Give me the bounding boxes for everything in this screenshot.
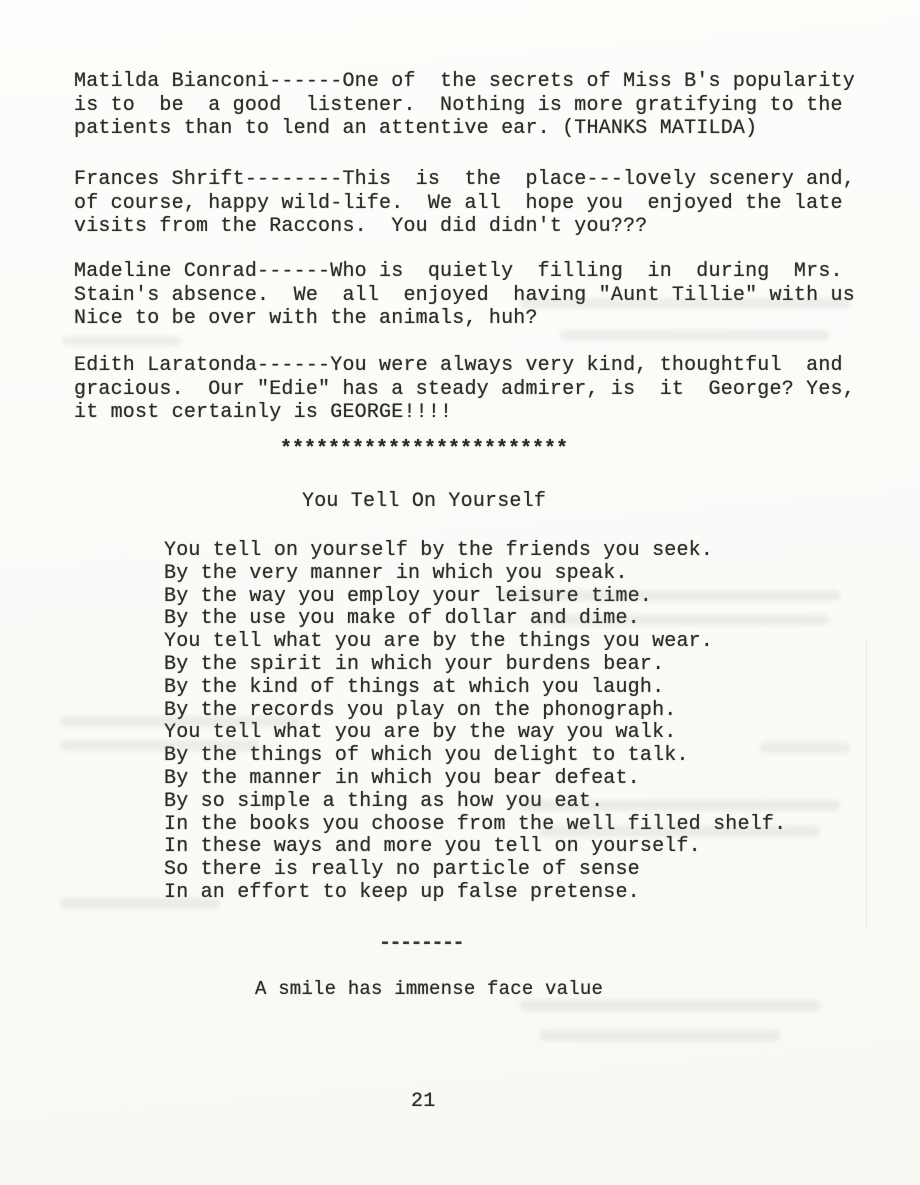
paragraph-frances-shrift: Frances Shrift--------This is the place-… bbox=[74, 168, 855, 239]
paragraph-madeline-conrad: Madeline Conrad------Who is quietly fill… bbox=[74, 260, 855, 331]
bleed-through-smudge bbox=[520, 1000, 820, 1011]
paragraph-edith-laratonda: Edith Laratonda------You were always ver… bbox=[74, 354, 855, 425]
paper-crease bbox=[866, 640, 867, 930]
dash-divider: -------- bbox=[379, 932, 463, 956]
bleed-through-smudge bbox=[540, 1030, 780, 1041]
poem-body: You tell on yourself by the friends you … bbox=[164, 540, 786, 905]
bleed-through-smudge bbox=[560, 330, 830, 341]
scanned-newsletter-page: Matilda Bianconi------One of the secrets… bbox=[0, 0, 920, 1185]
paragraph-matilda-bianconi: Matilda Bianconi------One of the secrets… bbox=[74, 70, 855, 141]
asterisk-divider: ************************ bbox=[280, 438, 568, 462]
closing-quote: A smile has immense face value bbox=[255, 978, 603, 1002]
poem-title: You Tell On Yourself bbox=[302, 490, 546, 514]
page-number: 21 bbox=[411, 1090, 435, 1114]
bleed-through-smudge bbox=[62, 336, 182, 346]
